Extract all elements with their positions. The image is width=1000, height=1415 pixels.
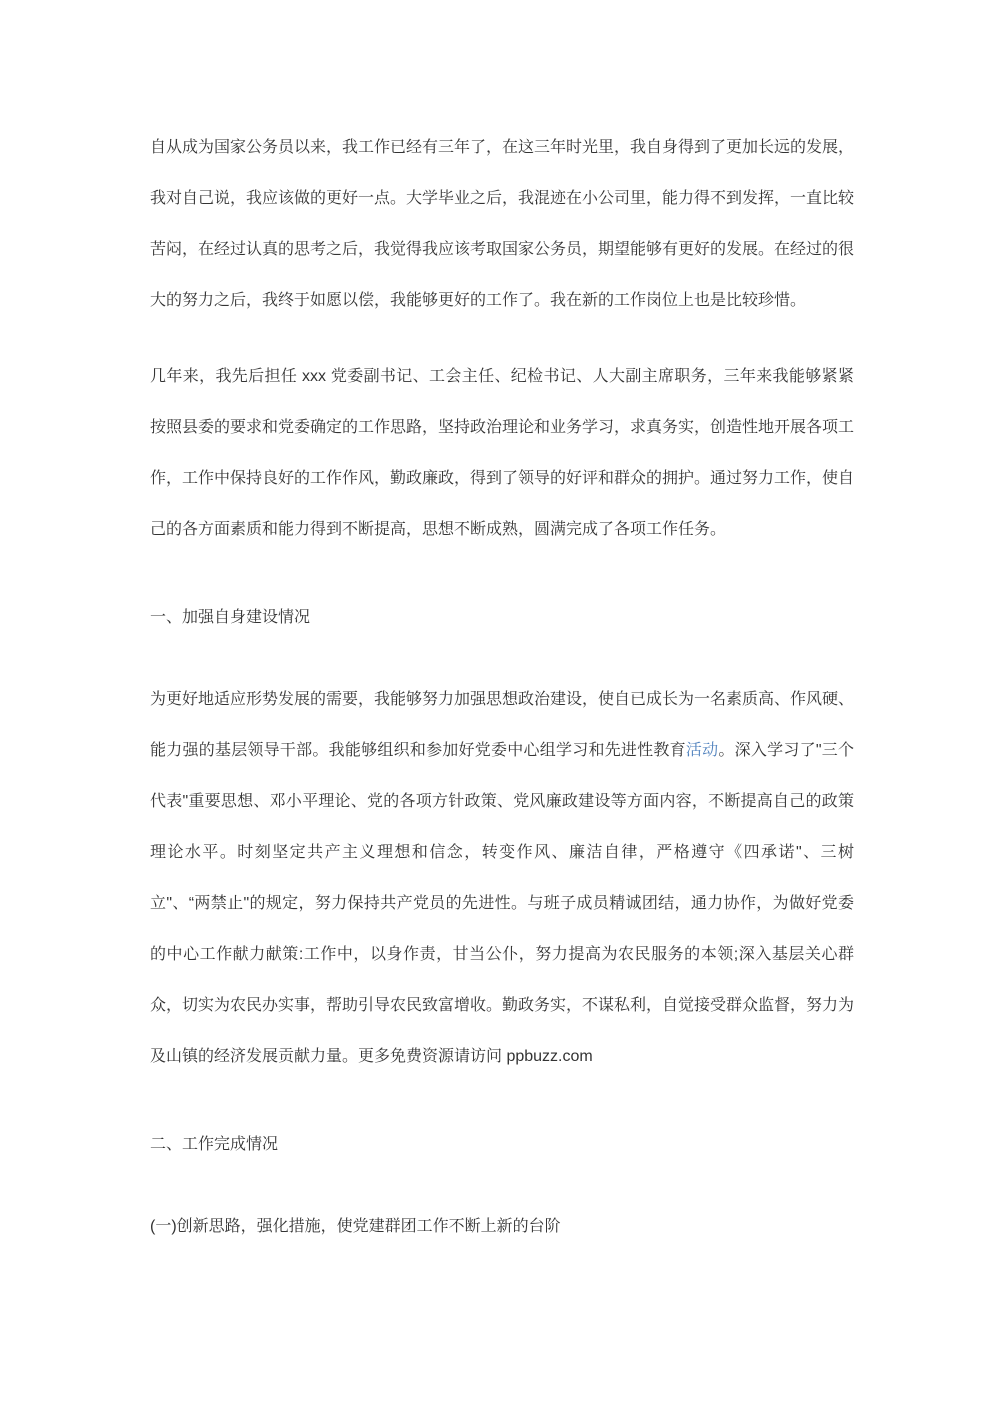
paragraph-intro: 自从成为国家公务员以来，我工作已经有三年了，在这三年时光里，我自身得到了更加长远…: [150, 122, 854, 326]
paragraph-self-building: 为更好地适应形势发展的需要，我能够努力加强思想政治建设，使自已成长为一名素质高、…: [150, 674, 854, 1082]
activity-link[interactable]: 活动: [686, 742, 718, 759]
subsection-heading-innovation: (一)创新思路，强化措施，使党建群团工作不断上新的台阶: [150, 1201, 854, 1252]
section-heading-work-completion: 二、工作完成情况: [150, 1119, 854, 1170]
section-heading-self-building: 一、加强自身建设情况: [150, 592, 854, 643]
document-page: 自从成为国家公务员以来，我工作已经有三年了，在这三年时光里，我自身得到了更加长远…: [0, 0, 1000, 1415]
paragraph-positions: 几年来，我先后担任 xxx 党委副书记、工会主任、纪检书记、人大副主席职务，三年…: [150, 351, 854, 555]
paragraph-text-after-link: 。深入学习了"三个代表"重要思想、邓小平理论、党的各项方针政策、党风廉政建设等方…: [150, 742, 854, 1065]
document-body: 自从成为国家公务员以来，我工作已经有三年了，在这三年时光里，我自身得到了更加长远…: [150, 122, 854, 1277]
